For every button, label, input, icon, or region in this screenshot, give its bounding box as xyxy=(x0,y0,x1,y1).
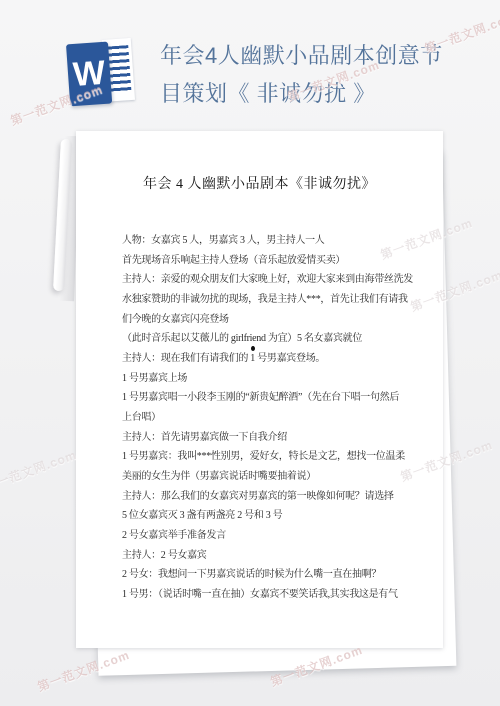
word-icon-letter: W xyxy=(72,56,106,92)
script-line: 1 号男嘉宾上场 xyxy=(122,369,422,389)
word-icon-panel: W xyxy=(66,42,112,107)
script-line: 们今晚的女嘉宾闪亮登场 xyxy=(122,310,422,330)
script-line: 1 号男嘉宾：我叫***性别男，爱好女，特长是文艺，想找一位温柔 xyxy=(122,447,422,467)
document-title: 年会 4 人幽默小品剧本《非诚勿扰》 xyxy=(76,173,443,193)
script-line: 水独家赞助的非诚勿扰的现场，我是主持人***，首先让我们有请我 xyxy=(122,290,422,310)
script-line: 主持人：亲爱的观众朋友们大家晚上好，欢迎大家来到由海带丝洗发 xyxy=(122,270,422,290)
word-document-icon: W xyxy=(66,36,139,109)
header: W 年会4人幽默小品剧本创意节目策划《 非诚勿扰 》 xyxy=(0,0,500,120)
script-line: 人物：女嘉宾 5 人，男嘉宾 3 人，男主持人一人 xyxy=(122,231,422,251)
script-line: 1 号男嘉宾唱一小段李玉刚的“新贵妃醉酒”（先在台下唱一句然后 xyxy=(122,388,422,408)
script-line: 主持人：2 号女嘉宾 xyxy=(122,546,422,566)
script-line: 2 号女嘉宾举手准备发言 xyxy=(122,526,422,546)
watermark: 第一范文网.com xyxy=(0,446,79,495)
share-card: W 年会4人幽默小品剧本创意节目策划《 非诚勿扰 》 年会 4 人幽默小品剧本《… xyxy=(0,0,500,706)
script-line: 5 位女嘉宾灭 3 盏有两盏亮 2 号和 3 号 xyxy=(122,506,422,526)
header-title: 年会4人幽默小品剧本创意节目策划《 非诚勿扰 》 xyxy=(160,37,452,113)
script-line: 美丽的女生为伴（男嘉宾说话时嘴要抽着说） xyxy=(122,467,422,487)
bullet-dot xyxy=(251,346,255,351)
script-line: 主持人：现在我们有请我们的 1 号男嘉宾登场。 xyxy=(122,349,422,369)
script-line: 2 号女：我想问一下男嘉宾说话的时候为什么嘴一直在抽啊？ xyxy=(122,565,422,585)
document-body: 人物：女嘉宾 5 人，男嘉宾 3 人，男主持人一人 首先现场音乐响起主持人登场（… xyxy=(122,231,422,604)
script-line: 主持人：首先请男嘉宾做一下自我介绍 xyxy=(122,428,422,448)
script-line: （此时音乐起以艾薇儿的 girlfriend 为宜）5 名女嘉宾就位 xyxy=(122,329,422,349)
script-line: 1 号男：（说话时嘴一直在抽）女嘉宾不要笑话我,其实我这是有气 xyxy=(122,585,422,605)
script-line: 主持人：那么我们的女嘉宾对男嘉宾的第一映像如何呢？请选择 xyxy=(122,487,422,507)
document-page: 年会 4 人幽默小品剧本《非诚勿扰》 人物：女嘉宾 5 人，男嘉宾 3 人，男主… xyxy=(76,131,443,648)
script-line: 上台唱） xyxy=(122,408,422,428)
script-line: 首先现场音乐响起主持人登场（音乐起放爱情买卖） xyxy=(122,251,422,271)
